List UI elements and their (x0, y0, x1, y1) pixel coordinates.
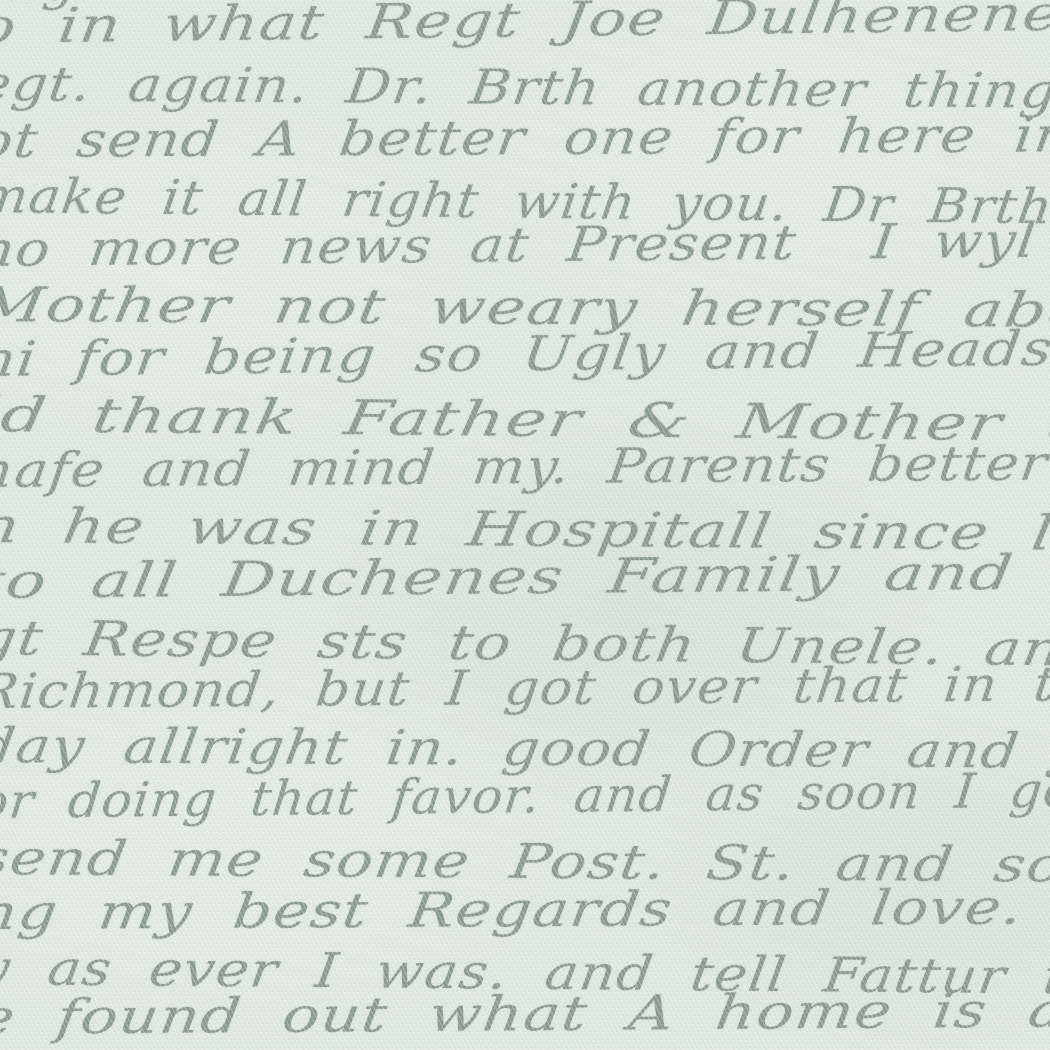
handwriting-line: or doing that favor. and as soon I get m (0, 765, 1050, 826)
handwriting-line: ni for being so Ugly and Headstrong (0, 323, 1050, 384)
handwriting-line: no more news at Present I wyl close (0, 215, 1050, 274)
fabric-swatch: ng. o in what Regt Joe Dulhenene is C eg… (0, 0, 1050, 1050)
handwriting-line: hafe and mind my. Parents better tha (0, 439, 1050, 495)
handwriting-line: e found out what A home is and i (0, 985, 1050, 1042)
handwriting-line: Richmond, but I got over that in two d (0, 659, 1050, 716)
handwriting-line: o in what Regt Joe Dulhenene is C (0, 0, 1050, 51)
handwriting-line: ot send A better one for here in the (0, 111, 1050, 165)
handwriting-line: ng my best Regards and love. to y (0, 883, 1050, 937)
handwriting-line: to all Duchenes Family and I wi (0, 547, 1050, 606)
handwritten-text: ng. o in what Regt Joe Dulhenene is C eg… (0, 0, 1050, 1050)
